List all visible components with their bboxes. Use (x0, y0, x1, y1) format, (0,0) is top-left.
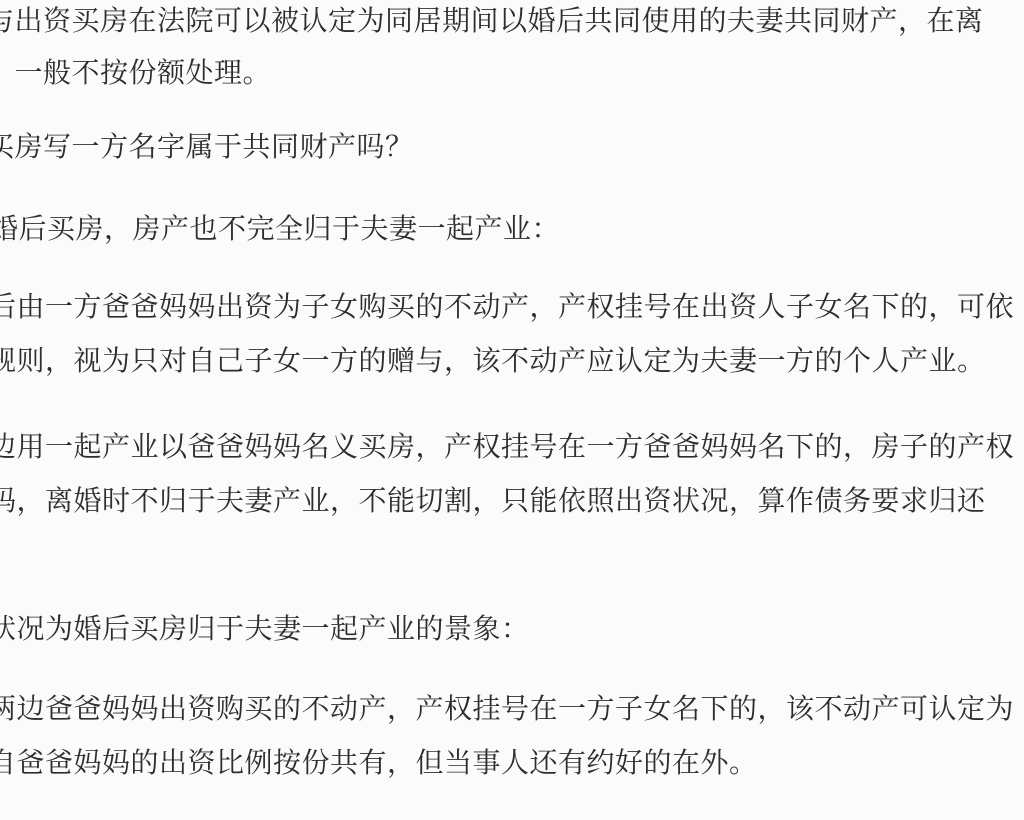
section-heading-common-property: 状况为婚后买房归于夫妻一起产业的景象： (0, 612, 530, 646)
text-line-2: ，一般不按份额处理。 (0, 56, 271, 90)
text-line-10: 两边爸爸妈妈出资购买的不动产，产权挂号在一方子女名下的，该不动产可认定为 (0, 692, 1014, 726)
text-line-5: 后由一方爸爸妈妈出资为子女购买的不动产，产权挂号在出资人子女名下的，可依 (0, 290, 1014, 324)
text-line-11: 自爸爸妈妈的出资比例按份共有，但当事人还有约好的在外。 (0, 746, 758, 780)
text-line-6: 规则，视为只对自己子女一方的赠与，该不动产应认定为夫妻一方的个人产业。 (0, 344, 986, 378)
text-line-7: 边用一起产业以爸爸妈妈名义买房，产权挂号在一方爸爸妈妈名下的，房子的产权 (0, 430, 1014, 464)
document-page: 与出资买房在法院可以被认定为同居期间以婚后共同使用的夫妻共同财产，在离 ，一般不… (0, 0, 1024, 820)
text-line-1: 与出资买房在法院可以被认定为同居期间以婚后共同使用的夫妻共同财产，在离 (0, 4, 984, 38)
text-line-8: 妈，离婚时不归于夫妻产业，不能切割，只能依照出资状况，算作债务要求归还 (0, 484, 986, 518)
section-heading-not-common-property: 婚后买房，房产也不完全归于夫妻一起产业： (0, 212, 560, 246)
question-heading: 买房写一方名字属于共同财产吗？ (0, 130, 414, 164)
